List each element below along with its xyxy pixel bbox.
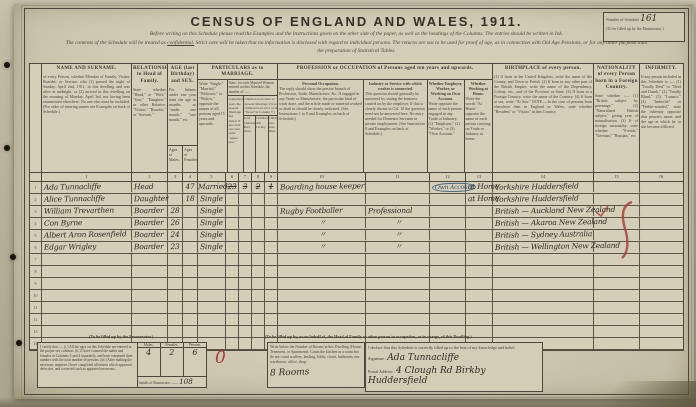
cell-age_f bbox=[183, 254, 198, 265]
table-row: 1Ada TunnacliffeHead47Married23321Boardi… bbox=[30, 182, 683, 194]
instruction-line-2: The contents of the Schedule will be tre… bbox=[65, 39, 648, 55]
cell-name bbox=[42, 266, 132, 277]
cell-age_f bbox=[183, 230, 198, 241]
cell-n: 12 bbox=[30, 314, 42, 325]
cell-birth bbox=[493, 290, 594, 301]
cell-inf bbox=[640, 230, 682, 242]
cell-m_living: 2 bbox=[252, 182, 265, 193]
col-name-header: NAME AND SURNAME. of every Person, wheth… bbox=[42, 64, 132, 172]
cell-m_born bbox=[239, 302, 252, 313]
cell-inf bbox=[640, 290, 682, 301]
cell-m_born bbox=[239, 266, 252, 277]
cell-nat bbox=[594, 242, 640, 254]
cell-age_m bbox=[168, 194, 183, 205]
cell-nat bbox=[594, 290, 640, 301]
cell-emp bbox=[430, 290, 466, 301]
marital-status-subheader: Write "Single," "Married," "Widower," or… bbox=[198, 80, 228, 172]
cell-age_m bbox=[168, 266, 183, 277]
form-title: CENSUS OF ENGLAND AND WALES, 1911. bbox=[25, 14, 688, 29]
cell-m_died bbox=[265, 266, 278, 277]
cell-m_born bbox=[239, 254, 252, 265]
cell-marital: Single bbox=[198, 194, 226, 205]
cell-occ: 〃 bbox=[278, 217, 366, 230]
cell-home bbox=[466, 206, 493, 217]
column-number: 15 bbox=[594, 173, 640, 181]
cell-occ bbox=[278, 290, 366, 301]
column-number: 8 bbox=[252, 173, 265, 181]
cell-occ: Rugby Footballer bbox=[278, 205, 366, 218]
schedule-number-label: Number of Schedule bbox=[606, 17, 639, 22]
cell-nat bbox=[594, 314, 640, 325]
cell-age_m: 26 bbox=[168, 218, 183, 229]
instruction-line-1: Before writing on this Schedule please r… bbox=[65, 30, 648, 38]
column-number: 12 bbox=[430, 173, 466, 181]
cell-marital: Single bbox=[198, 218, 226, 229]
col-rownum-header bbox=[30, 64, 42, 172]
cell-age_f bbox=[183, 314, 198, 325]
cell-m_born bbox=[239, 242, 252, 253]
at-home-subheader: Whether Working at Home. Write the words… bbox=[465, 80, 493, 172]
cell-name bbox=[42, 302, 132, 313]
cell-nat bbox=[594, 206, 640, 218]
cell-m_died bbox=[265, 314, 278, 325]
cell-birth bbox=[493, 254, 594, 265]
cell-n: 8 bbox=[30, 266, 42, 277]
cell-ind bbox=[366, 181, 430, 193]
cell-m_died: 1 bbox=[265, 182, 278, 193]
cell-m_died bbox=[265, 278, 278, 289]
cell-name bbox=[42, 278, 132, 289]
cell-nat bbox=[594, 266, 640, 277]
cell-ind bbox=[366, 266, 430, 277]
cell-name: Con Byrne bbox=[42, 217, 132, 230]
cell-birth bbox=[493, 266, 594, 277]
cell-m_living bbox=[252, 218, 265, 229]
cell-nat bbox=[594, 278, 640, 289]
col-nationality-header: NATIONALITY of every Person born in a Fo… bbox=[594, 64, 640, 172]
cell-m_died bbox=[265, 206, 278, 217]
cell-age_f bbox=[183, 242, 198, 253]
cell-name: Ada Tunnacliffe bbox=[42, 181, 132, 194]
cell-age_f bbox=[183, 218, 198, 229]
cell-marital: Single bbox=[198, 206, 226, 217]
cell-age_m bbox=[168, 290, 183, 301]
cell-birth: British — Auckland New Zealand bbox=[493, 205, 594, 218]
cell-m_years bbox=[226, 242, 239, 253]
cell-emp bbox=[430, 278, 466, 289]
schedule-number-value: 161 bbox=[640, 14, 657, 24]
confidential-underline: confidential. bbox=[167, 40, 194, 46]
cell-emp bbox=[430, 314, 466, 325]
cell-ind bbox=[366, 302, 430, 313]
enumerator-certification: I certify that :— (i.) All the ages on t… bbox=[38, 343, 138, 387]
column-number: 13 bbox=[466, 173, 493, 181]
cell-inf bbox=[640, 242, 682, 254]
column-number: 5 bbox=[198, 173, 226, 181]
table-row: 6Edgar WrigleyBoarder23Single〃〃British —… bbox=[30, 242, 683, 254]
cell-birth bbox=[493, 278, 594, 289]
employer-worker-subheader: Whether Employer, Worker, or Working on … bbox=[428, 80, 465, 172]
cell-m_years bbox=[226, 266, 239, 277]
cell-birth bbox=[493, 302, 594, 313]
cell-birth: Yorkshire Huddersfield bbox=[493, 181, 594, 194]
cell-rel bbox=[132, 290, 168, 301]
census-table: NAME AND SURNAME. of every Person, wheth… bbox=[29, 63, 684, 351]
cell-rel: Boarder bbox=[132, 206, 168, 218]
age-males-subheader: Ages of Males. bbox=[168, 146, 183, 172]
cell-m_born bbox=[239, 206, 252, 217]
cell-inf bbox=[640, 302, 682, 313]
cell-age_m: 28 bbox=[168, 206, 183, 217]
declaration-box: I declare that this Schedule is correctl… bbox=[365, 342, 543, 392]
cell-m_died bbox=[265, 230, 278, 241]
cell-m_born bbox=[239, 314, 252, 325]
cell-n: 10 bbox=[30, 290, 42, 301]
cell-m_died bbox=[265, 242, 278, 253]
cell-nat bbox=[594, 302, 640, 313]
cell-n: 7 bbox=[30, 254, 42, 265]
cell-m_years bbox=[226, 206, 239, 217]
cell-home bbox=[466, 278, 493, 289]
counts-table: Males. Females. Persons. 4 2 6 Initials … bbox=[138, 343, 206, 387]
cell-nat bbox=[594, 218, 640, 230]
rooms-box: Write below the Number of Rooms in this … bbox=[267, 342, 365, 388]
cell-name: Alice Tunnacliffe bbox=[42, 193, 132, 206]
enumerator-caption: (To be filled up by the Enumerator.) bbox=[89, 334, 153, 339]
cell-occ bbox=[278, 193, 366, 206]
cell-n: 9 bbox=[30, 278, 42, 289]
empty-row: 10 bbox=[30, 290, 683, 302]
cell-birth bbox=[493, 314, 594, 325]
cell-age_m bbox=[168, 182, 183, 193]
cell-occ bbox=[278, 302, 366, 313]
cell-birth: British — Akaroa New Zealand bbox=[493, 217, 594, 230]
cell-ind: 〃 bbox=[366, 229, 430, 241]
cell-ind bbox=[366, 278, 430, 289]
cell-age_m bbox=[168, 302, 183, 313]
cell-home: at Home bbox=[466, 182, 493, 193]
column-number: 9 bbox=[265, 173, 278, 181]
cell-marital bbox=[198, 278, 226, 289]
cell-m_living bbox=[252, 230, 265, 241]
cell-m_living bbox=[252, 194, 265, 205]
cell-inf bbox=[640, 194, 682, 206]
cell-m_years bbox=[226, 278, 239, 289]
cell-ind: 〃 bbox=[366, 217, 430, 229]
cell-ind: Professional bbox=[366, 205, 430, 217]
cell-age_f bbox=[183, 206, 198, 217]
cell-m_died bbox=[265, 302, 278, 313]
col-occupation-header: PROFESSION or OCCUPATION of Persons aged… bbox=[278, 64, 493, 172]
table-body: 1Ada TunnacliffeHead47Married23321Boardi… bbox=[30, 182, 683, 350]
cell-n: 3 bbox=[30, 206, 42, 217]
cell-m_born bbox=[239, 290, 252, 301]
empty-row: 8 bbox=[30, 266, 683, 278]
cell-marital bbox=[198, 302, 226, 313]
cell-ind bbox=[366, 193, 430, 205]
cell-age_f bbox=[183, 302, 198, 313]
cell-rel: Boarder bbox=[132, 218, 168, 230]
cell-occ bbox=[278, 314, 366, 325]
cell-emp bbox=[430, 230, 466, 242]
cell-m_living bbox=[252, 314, 265, 325]
col-infirmity-header: INFIRMITY. If any person included in thi… bbox=[640, 64, 682, 172]
children-subheader: Children born alive to present Marriage.… bbox=[244, 96, 277, 172]
cell-age_m bbox=[168, 314, 183, 325]
cell-emp bbox=[430, 242, 466, 254]
cell-name bbox=[42, 314, 132, 325]
cell-m_years bbox=[226, 254, 239, 265]
enumerator-box: I certify that :— (i.) All the ages on t… bbox=[37, 342, 207, 388]
cell-marital: Single bbox=[198, 242, 226, 253]
cell-inf bbox=[640, 206, 682, 218]
cell-rel bbox=[132, 302, 168, 313]
cell-home bbox=[466, 266, 493, 277]
cell-inf bbox=[640, 254, 682, 265]
cell-nat bbox=[594, 194, 640, 206]
empty-row: 12 bbox=[30, 314, 683, 326]
cell-m_died bbox=[265, 290, 278, 301]
counts-values: 4 2 6 bbox=[138, 348, 206, 376]
punch-hole bbox=[10, 254, 16, 260]
cell-inf bbox=[640, 218, 682, 230]
cell-m_living bbox=[252, 278, 265, 289]
cell-nat bbox=[594, 254, 640, 265]
cell-name bbox=[42, 290, 132, 301]
cell-occ bbox=[278, 278, 366, 289]
col-birthplace-header: BIRTHPLACE of every person. (1) If born … bbox=[493, 64, 594, 172]
cell-m_years bbox=[226, 194, 239, 205]
cell-occ: Boarding house keeper bbox=[278, 181, 366, 194]
cell-ind bbox=[366, 290, 430, 301]
cell-rel bbox=[132, 266, 168, 277]
cell-marital: Married bbox=[198, 182, 226, 193]
cell-m_living bbox=[252, 254, 265, 265]
cell-m_died bbox=[265, 254, 278, 265]
cell-m_born: 3 bbox=[239, 182, 252, 193]
empty-row: 7 bbox=[30, 254, 683, 266]
cell-m_years bbox=[226, 290, 239, 301]
cell-emp bbox=[430, 194, 466, 206]
schedule-number-sub: (To be filled up by the Enumerator.) bbox=[606, 26, 664, 31]
cell-ind bbox=[366, 314, 430, 325]
cell-inf bbox=[640, 182, 682, 194]
cell-marital bbox=[198, 254, 226, 265]
cell-ind bbox=[366, 254, 430, 265]
column-number: 3 bbox=[168, 173, 183, 181]
punch-hole bbox=[4, 62, 10, 68]
cell-occ bbox=[278, 266, 366, 277]
cell-m_born bbox=[239, 278, 252, 289]
column-number: 7 bbox=[239, 173, 252, 181]
personal-occupation-subheader: Personal Occupation. The reply should sh… bbox=[278, 80, 364, 172]
cell-emp bbox=[430, 218, 466, 230]
column-number: 10 bbox=[278, 173, 366, 181]
schedule-number-box: Number of Schedule 161 (To be filled up … bbox=[603, 12, 685, 42]
cell-occ: 〃 bbox=[278, 229, 366, 242]
table-row: 5Albert Aron RosenfieldBoarder24Single〃〃… bbox=[30, 230, 683, 242]
cell-n: 11 bbox=[30, 302, 42, 313]
cell-rel: Daughter bbox=[132, 194, 168, 206]
punch-hole bbox=[16, 340, 22, 346]
cell-age_f bbox=[183, 290, 198, 301]
rooms-value: 8 Rooms bbox=[270, 365, 362, 380]
empty-row: 9 bbox=[30, 278, 683, 290]
table-row: 4Con ByrneBoarder26Single〃〃British — Aka… bbox=[30, 218, 683, 230]
punch-hole bbox=[4, 145, 10, 151]
cell-m_living bbox=[252, 290, 265, 301]
cell-occ bbox=[278, 254, 366, 265]
cell-n: 5 bbox=[30, 230, 42, 241]
cell-inf bbox=[640, 266, 682, 277]
cell-inf bbox=[640, 314, 682, 325]
cell-n: 1 bbox=[30, 182, 42, 193]
paper-sheet: CENSUS OF ENGLAND AND WALES, 1911. Befor… bbox=[14, 4, 694, 399]
signature-line: Signature : Ada Tunnacliffe bbox=[368, 353, 540, 363]
cell-emp bbox=[430, 206, 466, 218]
column-number: 2 bbox=[132, 173, 168, 181]
red-clerk-zero: 0 bbox=[215, 348, 226, 368]
cell-home bbox=[466, 218, 493, 229]
cell-emp bbox=[430, 254, 466, 265]
colnum-blank bbox=[30, 173, 42, 181]
cell-home bbox=[466, 290, 493, 301]
cell-home bbox=[466, 314, 493, 325]
cell-name: William Trevarthen bbox=[42, 205, 132, 218]
table-header: NAME AND SURNAME. of every Person, wheth… bbox=[30, 64, 683, 173]
cell-marital bbox=[198, 266, 226, 277]
cell-age_m bbox=[168, 254, 183, 265]
cell-m_years bbox=[226, 314, 239, 325]
head-caption: (To be filled up by, or on behalf of, th… bbox=[265, 334, 624, 339]
cell-rel: Head bbox=[132, 182, 168, 194]
col-age-header: AGE (last Birthday) and SEX. For Infants… bbox=[168, 64, 198, 172]
cell-nat bbox=[594, 182, 640, 194]
cell-m_years bbox=[226, 302, 239, 313]
cell-emp: Own Account bbox=[430, 182, 466, 194]
cell-m_died bbox=[265, 194, 278, 205]
cell-emp bbox=[430, 266, 466, 277]
column-number: 11 bbox=[366, 173, 430, 181]
column-number: 4 bbox=[183, 173, 198, 181]
cell-birth: British — Wellington New Zealand bbox=[493, 241, 594, 254]
rooms-instruction: Write below the Number of Rooms in this … bbox=[270, 345, 362, 365]
page-corner-shadow bbox=[576, 381, 696, 407]
column-number: 6 bbox=[226, 173, 239, 181]
cell-m_born bbox=[239, 230, 252, 241]
cell-n: 6 bbox=[30, 242, 42, 253]
cell-home bbox=[466, 242, 493, 253]
cell-m_born bbox=[239, 194, 252, 205]
cell-m_years bbox=[226, 218, 239, 229]
address-line: Postal Address : 4 Clough Rd Birkby Hudd… bbox=[368, 366, 540, 386]
census-schedule-scan: CENSUS OF ENGLAND AND WALES, 1911. Befor… bbox=[0, 0, 696, 407]
cell-birth: British — Sydney Australia bbox=[493, 229, 594, 242]
column-number: 14 bbox=[493, 173, 594, 181]
cell-m_born bbox=[239, 218, 252, 229]
cell-birth: Yorkshire Huddersfield bbox=[493, 193, 594, 206]
cell-emp bbox=[430, 302, 466, 313]
cell-name bbox=[42, 254, 132, 265]
form-header: CENSUS OF ENGLAND AND WALES, 1911. Befor… bbox=[25, 9, 688, 61]
col-relationship-header: RELATIONSHIP to Head of Family. State wh… bbox=[132, 64, 168, 172]
cell-rel bbox=[132, 278, 168, 289]
married-woman-subheader: State, for each Married Woman entered on… bbox=[228, 80, 277, 172]
cell-age_m bbox=[168, 278, 183, 289]
empty-row: 11 bbox=[30, 302, 683, 314]
cell-age_f bbox=[183, 266, 198, 277]
cell-home bbox=[466, 254, 493, 265]
cell-n: 4 bbox=[30, 218, 42, 229]
column-number: 16 bbox=[640, 173, 682, 181]
form-border: CENSUS OF ENGLAND AND WALES, 1911. Befor… bbox=[24, 8, 689, 395]
cell-marital bbox=[198, 290, 226, 301]
years-married-subheader: Completed years the present Marriage has… bbox=[228, 96, 244, 172]
column-number: 1 bbox=[42, 173, 132, 181]
cell-age_f: 47 bbox=[183, 182, 198, 193]
cell-age_m: 23 bbox=[168, 242, 183, 253]
col-marriage-header: PARTICULARS as to MARRIAGE. Write "Singl… bbox=[198, 64, 278, 172]
cell-m_living bbox=[252, 266, 265, 277]
industry-subheader: Industry or Service with which worker is… bbox=[364, 80, 427, 172]
cell-occ: 〃 bbox=[278, 241, 366, 254]
cell-ind: 〃 bbox=[366, 241, 430, 253]
cell-rel bbox=[132, 314, 168, 325]
cell-nat bbox=[594, 230, 640, 242]
signature-value: Ada Tunnacliffe bbox=[387, 353, 459, 363]
cell-home: at Home bbox=[466, 194, 493, 205]
cell-marital bbox=[198, 314, 226, 325]
cell-age_f: 18 bbox=[183, 194, 198, 205]
cell-n: 2 bbox=[30, 194, 42, 205]
table-row: 2Alice TunnacliffeDaughter18Singleat Hom… bbox=[30, 194, 683, 206]
declaration-text: I declare that this Schedule is correctl… bbox=[368, 345, 540, 350]
cell-age_m: 24 bbox=[168, 230, 183, 241]
cell-m_years: 23 bbox=[226, 182, 239, 193]
cell-age_f bbox=[183, 278, 198, 289]
enumerator-initials: Initials of Enumerator —— 108 bbox=[138, 376, 206, 387]
cell-m_living bbox=[252, 302, 265, 313]
cell-m_living bbox=[252, 206, 265, 217]
cell-rel: Boarder bbox=[132, 242, 168, 254]
cell-m_years bbox=[226, 230, 239, 241]
cell-home bbox=[466, 230, 493, 241]
age-females-subheader: Ages of Females. bbox=[183, 146, 197, 172]
cell-inf bbox=[640, 278, 682, 289]
cell-marital: Single bbox=[198, 230, 226, 241]
cell-name: Edgar Wrigley bbox=[42, 241, 132, 254]
table-row: 3William TrevarthenBoarder28SingleRugby … bbox=[30, 206, 683, 218]
cell-name: Albert Aron Rosenfield bbox=[42, 229, 132, 242]
cell-m_living bbox=[252, 242, 265, 253]
cell-m_died bbox=[265, 218, 278, 229]
cell-rel: Boarder bbox=[132, 230, 168, 242]
cell-home bbox=[466, 302, 493, 313]
cell-rel bbox=[132, 254, 168, 265]
